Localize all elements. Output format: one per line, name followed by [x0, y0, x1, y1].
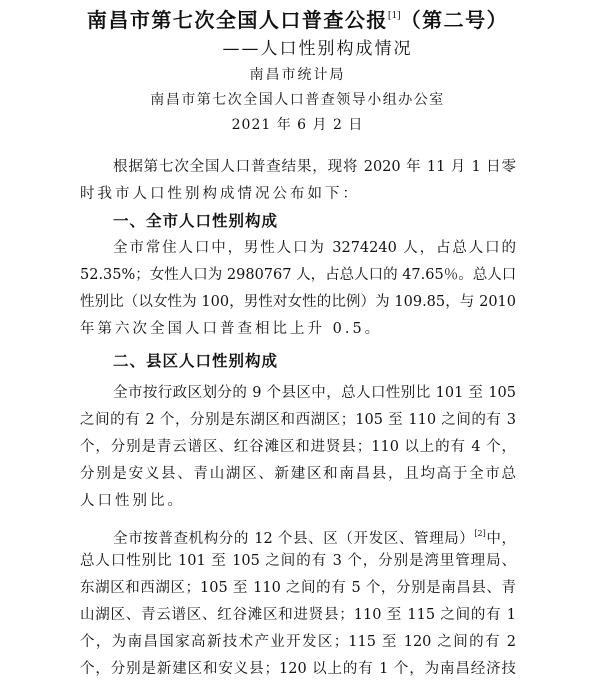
footnote-ref-2[interactable]: [2] [474, 529, 485, 538]
paragraph-line: 性别比（以女性为 100，男性对女性的比例）为 109.85，与 2010 [80, 292, 516, 312]
intro-line: 时我市人口性别构成情况公布如下： [80, 184, 516, 204]
paragraph-line: 之间的有 2 个，分别是东湖区和西湖区；105 至 110 之间的有 3 [80, 410, 516, 430]
title-text: 南昌市第七次全国人口普查公报 [87, 8, 388, 32]
paragraph-line: 分别是安义县、青山湖区、新建区和南昌县，且均高于全市总 [80, 464, 516, 484]
paragraph-line: 总人口性别比 101 至 105 之间的有 3 个，分别是湾里管理局、 [80, 551, 516, 571]
publish-date: 2021 年 6 月 2 日 [0, 114, 595, 134]
paragraph-line: 全市常住人口中，男性人口为 3274240 人，占总人口的 [113, 238, 516, 258]
paragraph-text: 全市按普查机构分的 12 个县、区（开发区、管理局） [113, 531, 474, 547]
issuing-office: 南昌市第七次全国人口普查领导小组办公室 [0, 89, 595, 109]
paragraph-line: 个，为南昌国家高新技术产业开发区；115 至 120 之间的有 2 [80, 632, 516, 652]
paragraph-line: 年第六次全国人口普查相比上升 0.5。 [80, 319, 516, 339]
paragraph-text: 中， [486, 531, 516, 547]
section-heading-2: 二、县区人口性别构成 [113, 351, 278, 371]
document-title: 南昌市第七次全国人口普查公报[1]（第二号） [0, 4, 595, 33]
document-subtitle: ——人口性别构成情况 [0, 34, 595, 59]
paragraph-line: 东湖区和西湖区；105 至 110 之间的有 5 个，分别是南昌县、青 [80, 578, 516, 598]
paragraph-line: 全市按行政区划分的 9 个县区中，总人口性别比 101 至 105 [113, 383, 516, 403]
intro-line: 根据第七次全国人口普查结果，现将 2020 年 11 月 1 日零 [113, 157, 516, 177]
paragraph-line: 人口性别比。 [80, 491, 516, 511]
paragraph-line: 个，分别是青云谱区、红谷滩区和进贤县；110 以上的有 4 个， [80, 437, 516, 457]
issuing-agency: 南昌市统计局 [0, 64, 595, 84]
paragraph-line: 山湖区、青云谱区、红谷滩区和进贤县；110 至 115 之间的有 1 [80, 605, 516, 625]
title-suffix: （第二号） [401, 8, 509, 32]
paragraph-line: 全市按普查机构分的 12 个县、区（开发区、管理局）[2]中， [113, 524, 516, 544]
section-heading-1: 一、全市人口性别构成 [113, 211, 278, 231]
footnote-ref-1[interactable]: [1] [388, 9, 401, 21]
paragraph-line: 个，分别是新建区和安义县；120 以上的有 1 个，为南昌经济技 [80, 659, 516, 679]
paragraph-line: 52.35%；女性人口为 2980767 人，占总人口的 47.65％。总人口 [80, 265, 516, 285]
